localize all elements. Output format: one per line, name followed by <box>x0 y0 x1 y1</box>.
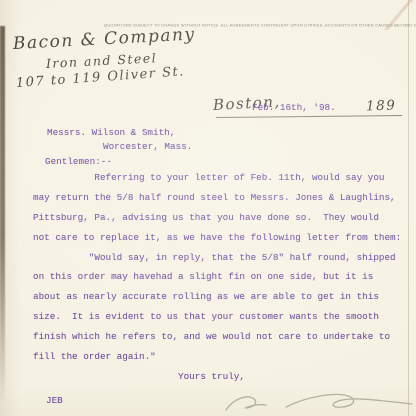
recipient-city-line: Worcester, Mass. <box>103 141 192 152</box>
recipient-name-line: Messrs. Wilson & Smith, <box>47 127 175 138</box>
body-line: "Would say, in reply, that the 5/8" half… <box>33 251 408 271</box>
letterhead-street-address: 107 to 119 Oliver St. <box>15 64 185 91</box>
letterhead-year-prefix: 189 <box>366 97 397 114</box>
paper-right-edge <box>408 0 409 416</box>
body-line: Pittsburg, Pa., advising us that you hav… <box>33 211 408 231</box>
body-line: Referring to your letter of Feb. 11th, w… <box>33 171 408 191</box>
scanned-letter-page: QUOTATIONS SUBJECT TO CHANGE WITHOUT NOT… <box>0 0 416 416</box>
body-line: size. It is evident to us that your cust… <box>33 310 408 330</box>
handwritten-signature <box>198 384 416 416</box>
letterhead-company-name: Bacon & Company <box>12 24 196 54</box>
date-line-rule <box>216 115 402 118</box>
typed-date: Feb. 16th, '98. <box>252 102 336 113</box>
typist-initials: JEB <box>46 395 63 406</box>
letter-body: Referring to your letter of Feb. 11th, w… <box>33 171 408 370</box>
body-line: on this order may havehad a slight fin o… <box>33 270 408 290</box>
body-line: fill the order again." <box>33 350 408 370</box>
body-line: finish which he refers to, and we would … <box>33 330 408 350</box>
body-line: may return the 5/8 half round steel to M… <box>33 191 408 211</box>
body-line: about as nearly accurate rolling as we a… <box>33 290 408 310</box>
paper-left-edge-shadow <box>0 26 5 406</box>
closing-yours-truly: Yours truly, <box>178 371 245 382</box>
body-line: not care to replace it, as we have the f… <box>33 231 408 251</box>
salutation: Gentlemen:-- <box>45 156 112 167</box>
